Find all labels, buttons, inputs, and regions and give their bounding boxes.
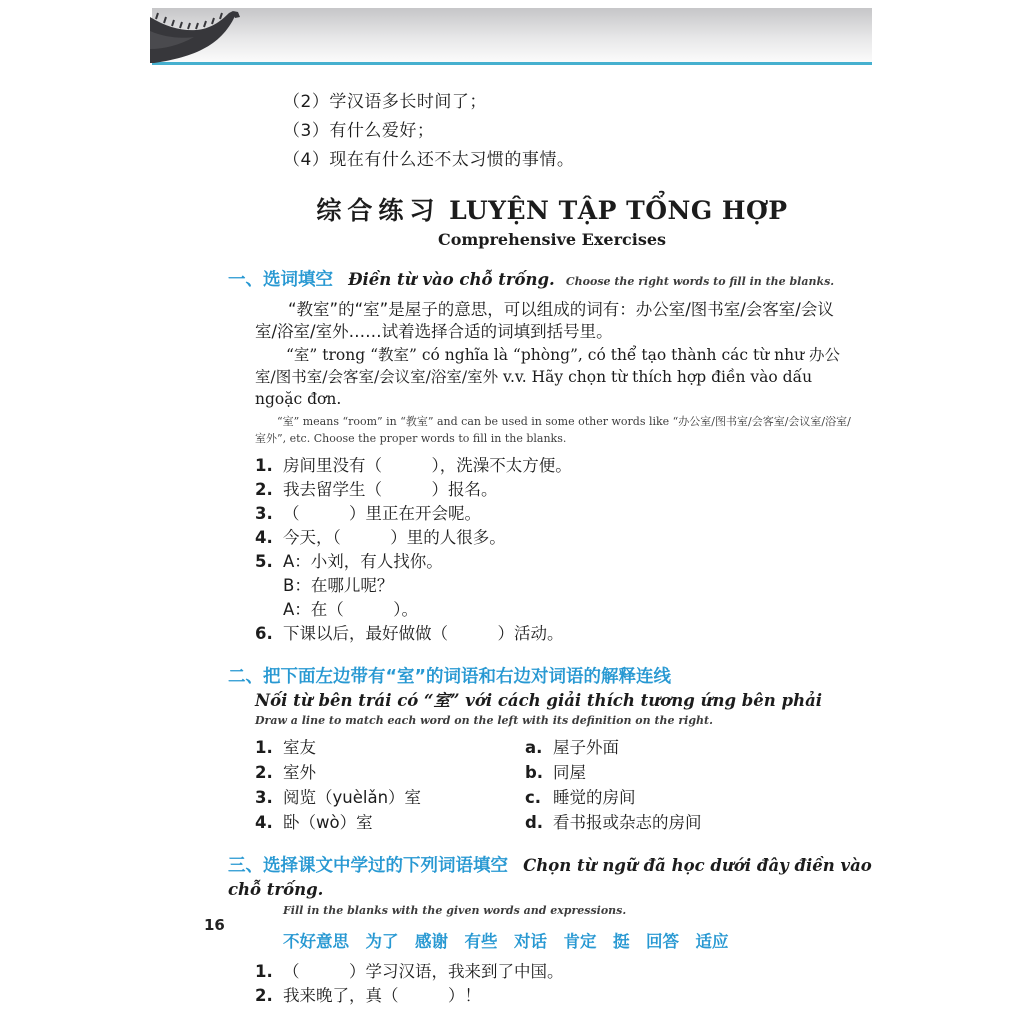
exercise-number: 1. bbox=[255, 454, 283, 478]
title-block: 综合练习 LUYỆN TẬP TỔNG HỢP Comprehensive Ex… bbox=[228, 191, 876, 249]
title-vietnamese: LUYỆN TẬP TỔNG HỢP bbox=[449, 196, 787, 225]
exercise-text: 房间里没有（ ），洗澡不太方便。 bbox=[283, 456, 572, 475]
matching-row: 4.卧（wò）室 d.看书报或杂志的房间 bbox=[255, 810, 876, 835]
item-text: 室外 bbox=[283, 763, 316, 782]
intro-list: （2）学汉语多长时间了； （3）有什么爱好； （4）现在有什么还不太习惯的事情。 bbox=[283, 88, 876, 175]
section1-exercise-list: 1.房间里没有（ ），洗澡不太方便。 2.我去留学生（ ）报名。 3.（ ）里正… bbox=[255, 454, 876, 646]
exercise-item: 3.（ ）里正在开会呢。 bbox=[255, 502, 876, 526]
section1-paragraph-zh: “教室”的“室”是屋子的意思，可以组成的词有：办公室/图书室/会客室/会议室/浴… bbox=[255, 299, 847, 343]
section3-heading-zh: 三、选择课文中学过的下列词语填空 bbox=[228, 856, 508, 876]
exercise-text: （ ）里正在开会呢。 bbox=[283, 504, 481, 523]
item-text: 室友 bbox=[283, 738, 316, 757]
matching-row: 3.阅览（yuèlǎn）室 c.睡觉的房间 bbox=[255, 785, 876, 810]
matching-left-item: 3.阅览（yuèlǎn）室 bbox=[255, 785, 525, 810]
exercise-item: 5.A：小刘，有人找你。 bbox=[255, 550, 876, 574]
page-content: （2）学汉语多长时间了； （3）有什么爱好； （4）现在有什么还不太习惯的事情。… bbox=[228, 88, 876, 1008]
matching-left-item: 2.室外 bbox=[255, 760, 525, 785]
section1-heading-vi: Điền từ vào chỗ trống. bbox=[348, 270, 555, 289]
exercise-number: 5. bbox=[255, 550, 283, 574]
exercise-item: 1.（ ）学习汉语，我来到了中国。 bbox=[255, 960, 876, 984]
exercise-subline: B：在哪儿呢？ bbox=[255, 574, 876, 598]
item-text: 屋子外面 bbox=[553, 738, 619, 757]
item-letter: a. bbox=[525, 735, 553, 760]
section3-heading-en: Fill in the blanks with the given words … bbox=[283, 903, 876, 919]
intro-item: （3）有什么爱好； bbox=[283, 117, 876, 146]
item-text: 阅览（yuèlǎn）室 bbox=[283, 788, 421, 807]
matching-right-item: d.看书报或杂志的房间 bbox=[525, 810, 702, 835]
section3-heading: 三、选择课文中学过的下列词语填空 Chọn từ ngữ đã học dưới… bbox=[228, 854, 876, 902]
item-text: 卧（wò）室 bbox=[283, 813, 373, 832]
exercise-text: 今天，（ ）里的人很多。 bbox=[283, 528, 506, 547]
section1-paragraph-en: “室” means “room” in “教室” and can be used… bbox=[255, 413, 855, 447]
item-text: 看书报或杂志的房间 bbox=[553, 813, 702, 832]
exercise-number: 3. bbox=[255, 502, 283, 526]
matching-row: 2.室外 b.同屋 bbox=[255, 760, 876, 785]
exercise-number: 6. bbox=[255, 622, 283, 646]
section1-heading: 一、选词填空 Điền từ vào chỗ trống. Choose the… bbox=[228, 268, 876, 294]
title-chinese: 综合练习 bbox=[316, 196, 440, 225]
matching-right-item: a.屋子外面 bbox=[525, 735, 619, 760]
exercise-number: 1. bbox=[255, 960, 283, 984]
matching-row: 1.室友 a.屋子外面 bbox=[255, 735, 876, 760]
item-letter: d. bbox=[525, 810, 553, 835]
header-band bbox=[152, 8, 872, 65]
exercise-item: 2.我来晚了，真（ ）！ bbox=[255, 984, 876, 1008]
section3-exercise-list: 1.（ ）学习汉语，我来到了中国。 2.我来晚了，真（ ）！ bbox=[255, 960, 876, 1008]
matching-exercise: 1.室友 a.屋子外面 2.室外 b.同屋 3.阅览（yuèlǎn）室 c.睡觉… bbox=[255, 735, 876, 835]
pagoda-roof-icon bbox=[150, 11, 242, 67]
item-text: 睡觉的房间 bbox=[553, 788, 636, 807]
section1-heading-en: Choose the right words to fill in the bl… bbox=[566, 275, 834, 288]
item-text: 同屋 bbox=[553, 763, 586, 782]
matching-right-item: c.睡觉的房间 bbox=[525, 785, 636, 810]
item-number: 1. bbox=[255, 735, 283, 760]
item-number: 4. bbox=[255, 810, 283, 835]
exercise-item: 1.房间里没有（ ），洗澡不太方便。 bbox=[255, 454, 876, 478]
exercise-text: （ ）学习汉语，我来到了中国。 bbox=[283, 962, 564, 981]
title-english: Comprehensive Exercises bbox=[228, 230, 876, 249]
page-title: 综合练习 LUYỆN TẬP TỔNG HỢP bbox=[228, 191, 876, 227]
section2-heading-zh: 二、把下面左边带有“室”的词语和右边对词语的解释连线 bbox=[228, 667, 671, 687]
exercise-text: 我来晚了，真（ ）！ bbox=[283, 986, 481, 1005]
section2-heading: 二、把下面左边带有“室”的词语和右边对词语的解释连线 bbox=[228, 665, 876, 689]
exercise-item: 2.我去留学生（ ）报名。 bbox=[255, 478, 876, 502]
item-number: 3. bbox=[255, 785, 283, 810]
exercise-item: 4.今天，（ ）里的人很多。 bbox=[255, 526, 876, 550]
item-number: 2. bbox=[255, 760, 283, 785]
exercise-text: 我去留学生（ ）报名。 bbox=[283, 480, 498, 499]
intro-item: （2）学汉语多长时间了； bbox=[283, 88, 876, 117]
exercise-subline: A：在（ ）。 bbox=[255, 598, 876, 622]
section1-paragraph-vi: “室” trong “教室” có nghĩa là “phòng”, có t… bbox=[255, 344, 847, 410]
item-letter: c. bbox=[525, 785, 553, 810]
matching-right-item: b.同屋 bbox=[525, 760, 586, 785]
section2-heading-vi: Nối từ bên trái có “室” với cách giải thí… bbox=[255, 690, 876, 712]
intro-item: （4）现在有什么还不太习惯的事情。 bbox=[283, 146, 876, 175]
matching-left-item: 4.卧（wò）室 bbox=[255, 810, 525, 835]
textbook-page: （2）学汉语多长时间了； （3）有什么爱好； （4）现在有什么还不太习惯的事情。… bbox=[0, 0, 1024, 1024]
matching-left-item: 1.室友 bbox=[255, 735, 525, 760]
exercise-number: 2. bbox=[255, 478, 283, 502]
exercise-text: 下课以后，最好做做（ ）活动。 bbox=[283, 624, 564, 643]
item-letter: b. bbox=[525, 760, 553, 785]
exercise-text: A：小刘，有人找你。 bbox=[283, 552, 443, 571]
exercise-number: 2. bbox=[255, 984, 283, 1008]
section2-heading-en: Draw a line to match each word on the le… bbox=[255, 713, 876, 729]
page-number: 16 bbox=[204, 916, 225, 934]
exercise-number: 4. bbox=[255, 526, 283, 550]
exercise-item: 6.下课以后，最好做做（ ）活动。 bbox=[255, 622, 876, 646]
section1-heading-zh: 一、选词填空 bbox=[228, 270, 333, 290]
word-bank: 不好意思 为了 感谢 有些 对话 肯定 挺 回答 适应 bbox=[283, 931, 876, 953]
